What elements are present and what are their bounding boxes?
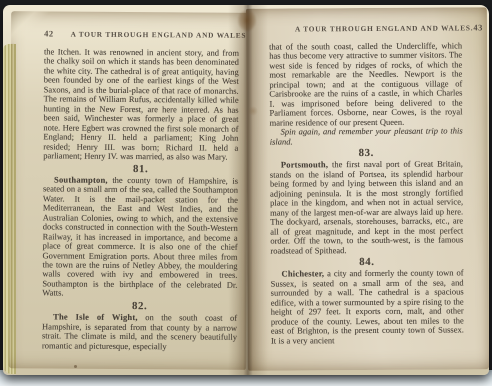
section-number: 84. <box>270 258 463 269</box>
running-title-right: A TOUR THROUGH ENGLAND AND WALES. <box>295 23 473 33</box>
page-header-right: A TOUR THROUGH ENGLAND AND WALES. 43 <box>269 22 462 33</box>
section-number: 83. <box>270 149 463 160</box>
page-body-left: the Itchen. It was renowned in ancient s… <box>42 47 239 351</box>
page-number-right: 43 <box>473 22 483 32</box>
instruction-line: Spin again, and remember your pleasant t… <box>270 126 463 146</box>
paragraph: the Itchen. It was renowned in ancient s… <box>43 47 239 162</box>
ink-stain <box>234 7 260 41</box>
paragraph: Chichester, a city and formerly the coun… <box>270 269 463 346</box>
page-left-inner: 42 A TOUR THROUGH ENGLAND AND WALES. the… <box>9 11 248 370</box>
page-left: 42 A TOUR THROUGH ENGLAND AND WALES. the… <box>9 11 248 370</box>
faint-stain <box>248 106 258 116</box>
page-body-right: that of the south coast, called the Unde… <box>269 41 464 345</box>
place-name-lead: The Isle of Wight, <box>53 312 138 323</box>
page-right-inner: A TOUR THROUGH ENGLAND AND WALES. 43 tha… <box>246 7 489 370</box>
page-number-left: 42 <box>44 28 54 38</box>
place-name-lead: Portsmouth, <box>281 160 328 170</box>
paper-speck <box>74 365 77 368</box>
page-right: A TOUR THROUGH ENGLAND AND WALES. 43 tha… <box>246 7 489 370</box>
paragraph: that of the south coast, called the Unde… <box>269 41 463 127</box>
running-title-left: A TOUR THROUGH ENGLAND AND WALES. <box>71 30 249 40</box>
place-name-lead: Southampton, <box>54 174 108 184</box>
paragraph: Portsmouth, the first naval port of Grea… <box>270 160 464 256</box>
place-name-lead: Chichester, <box>281 269 324 279</box>
paragraph: Southampton, the county town of Hampshir… <box>42 175 238 299</box>
book-photo: 42 A TOUR THROUGH ENGLAND AND WALES. the… <box>0 0 492 386</box>
paragraph: The Isle of Wight, on the south coast of… <box>42 313 237 352</box>
page-header-left: 42 A TOUR THROUGH ENGLAND AND WALES. <box>44 28 239 39</box>
